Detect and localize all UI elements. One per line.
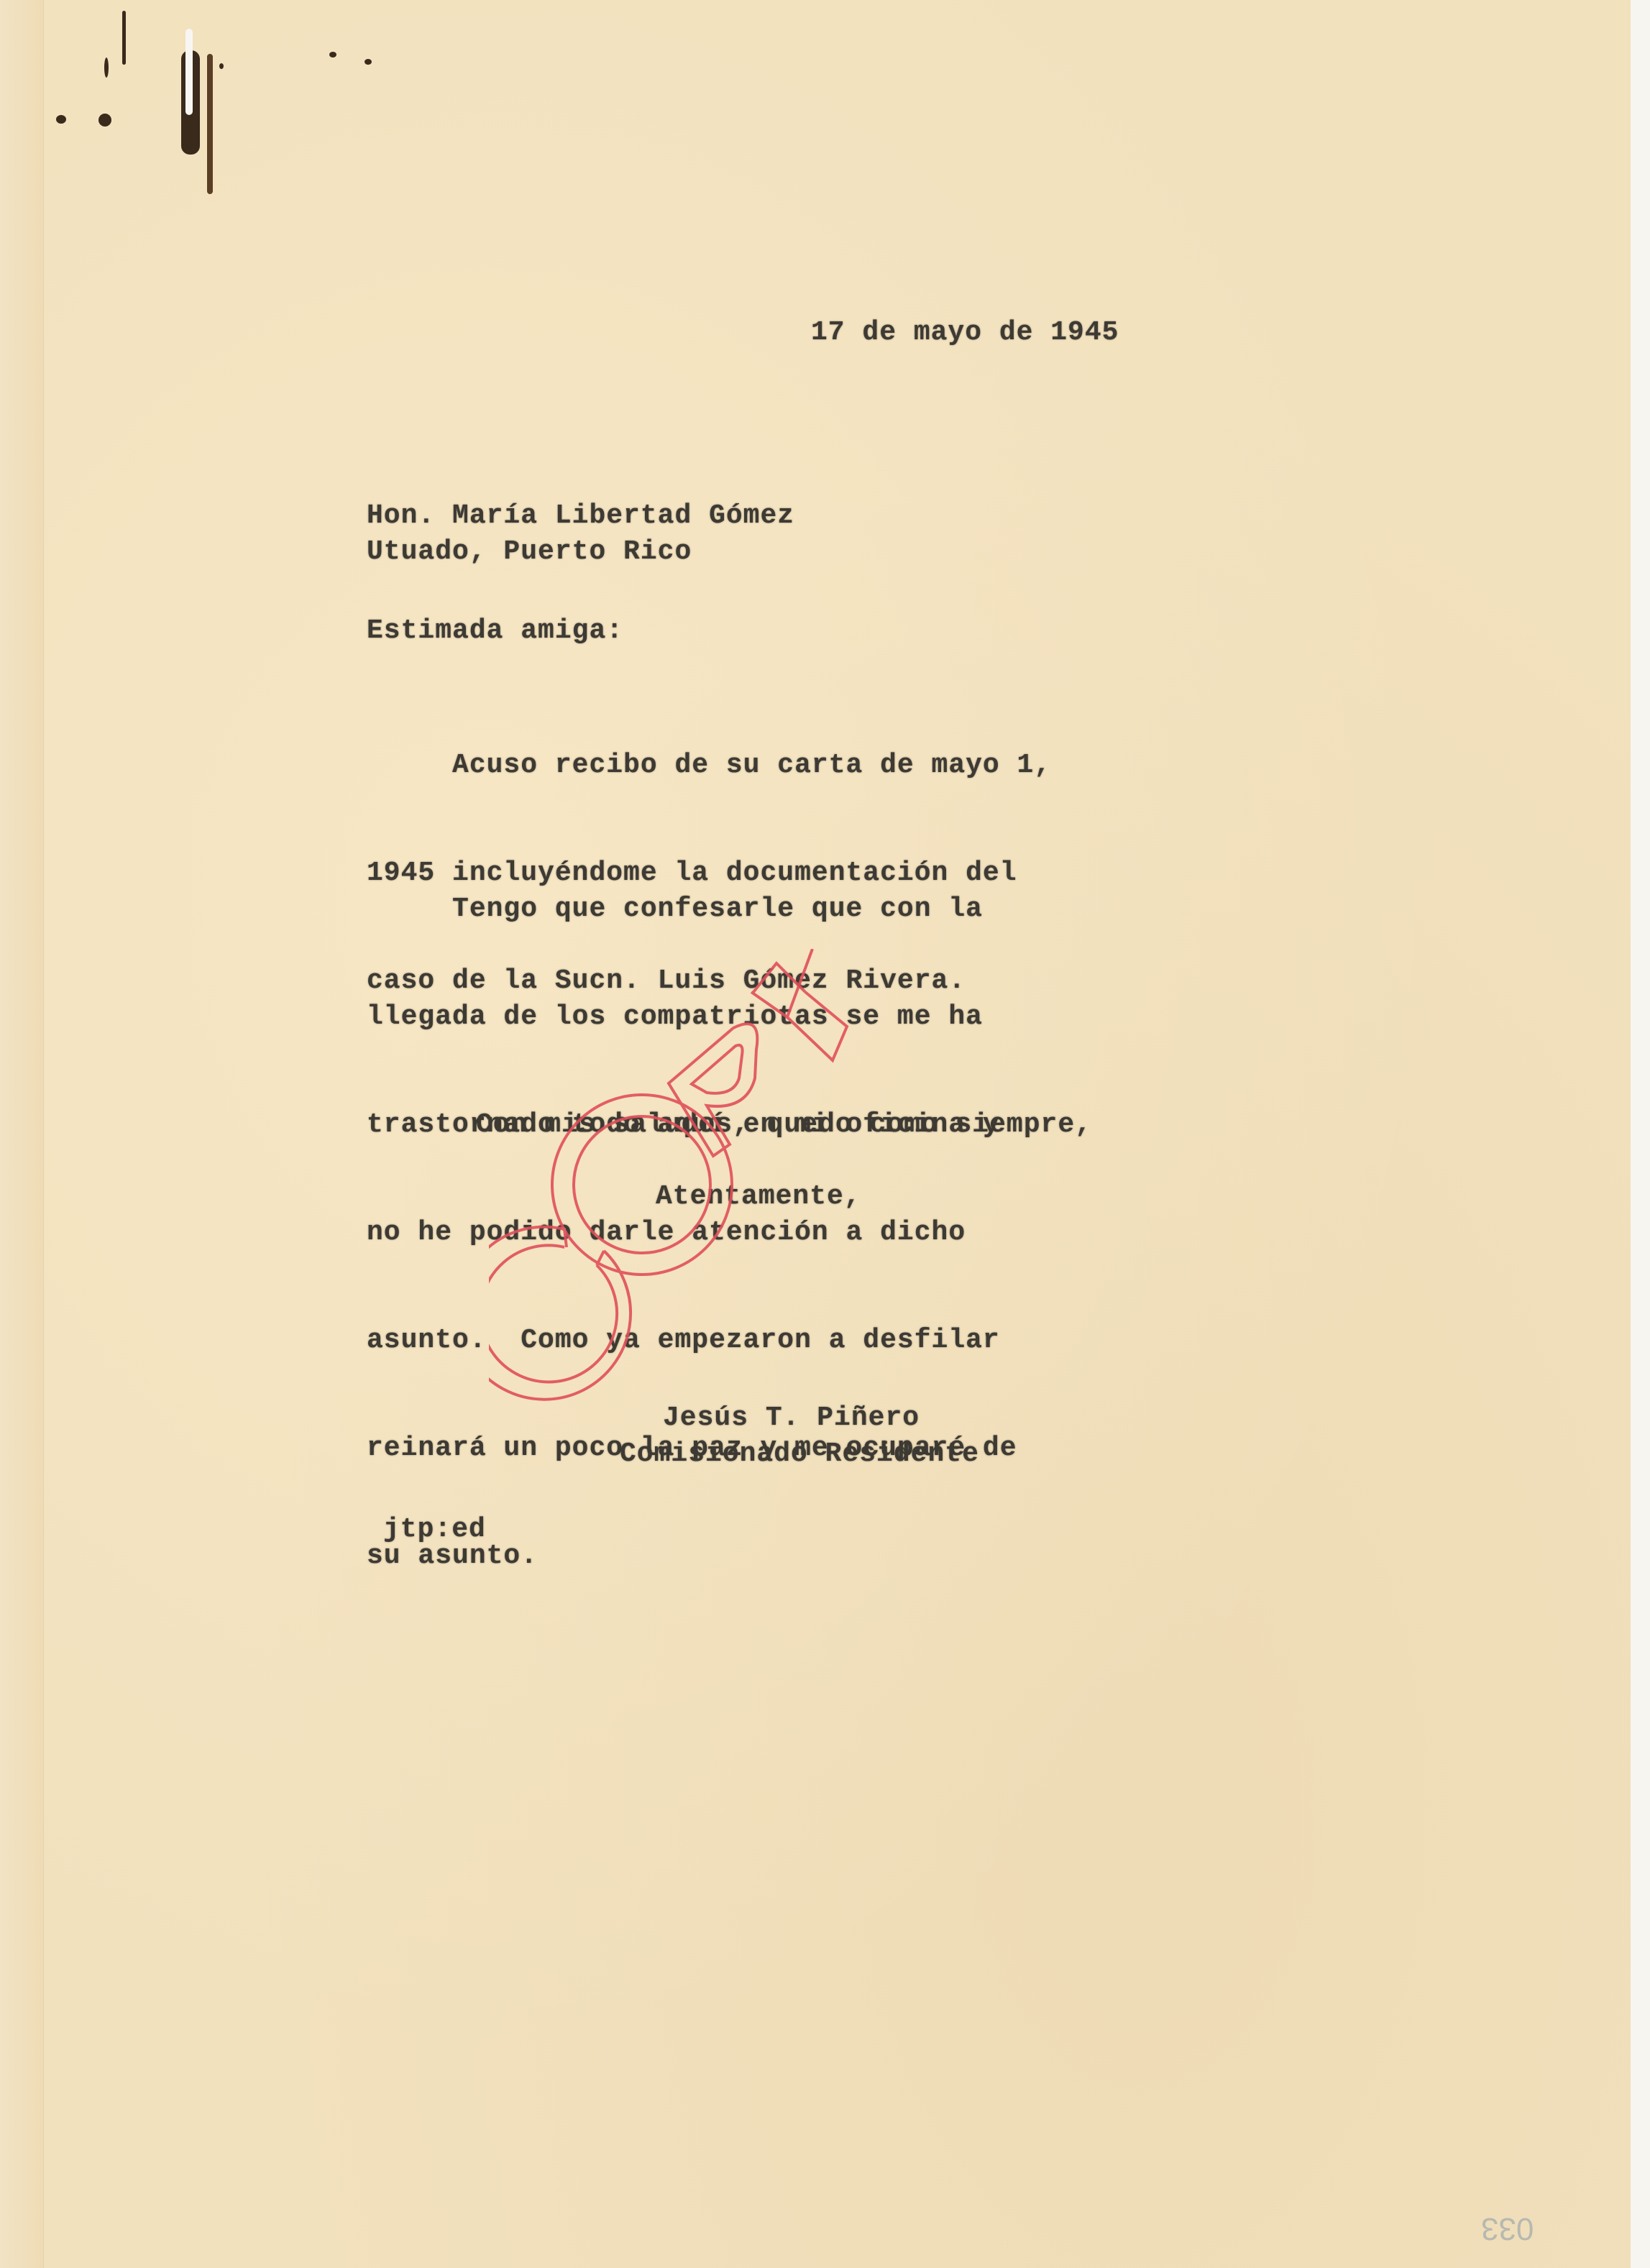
letter-page: 17 de mayo de 1945 Hon. María Libertad G… — [0, 0, 1631, 2268]
salutation: Estimada amiga: — [367, 613, 623, 649]
signature-name: Jesús T. Piñero — [663, 1400, 920, 1436]
paragraph-line: no he podido darle atención a dicho — [367, 1215, 1017, 1251]
paragraph-line: asunto. Como ya empezaron a desfilar — [367, 1323, 1017, 1359]
paragraph-line: Acuso recibo de su carta de mayo 1, — [367, 748, 1051, 784]
folded-left-edge — [0, 0, 44, 2268]
recipient-location: Utuado, Puerto Rico — [367, 534, 692, 570]
signature-title: Comisionado Residente — [620, 1436, 979, 1472]
archive-page-number: 033 — [1481, 2210, 1534, 2246]
recipient-name: Hon. María Libertad Gómez — [367, 498, 794, 534]
scan-background-edge — [1631, 0, 1650, 2268]
typist-initials: jtp:ed — [383, 1512, 486, 1548]
paragraph-line: llegada de los compatriotas se me ha — [367, 999, 1017, 1035]
paragraph-line: Tengo que confesarle que con la — [367, 891, 1017, 927]
regards-line: Atentamente, — [656, 1179, 861, 1215]
closing-line: Con mis saludos, quedo como siempre, — [476, 1107, 1092, 1143]
letter-date: 17 de mayo de 1945 — [811, 315, 1119, 351]
